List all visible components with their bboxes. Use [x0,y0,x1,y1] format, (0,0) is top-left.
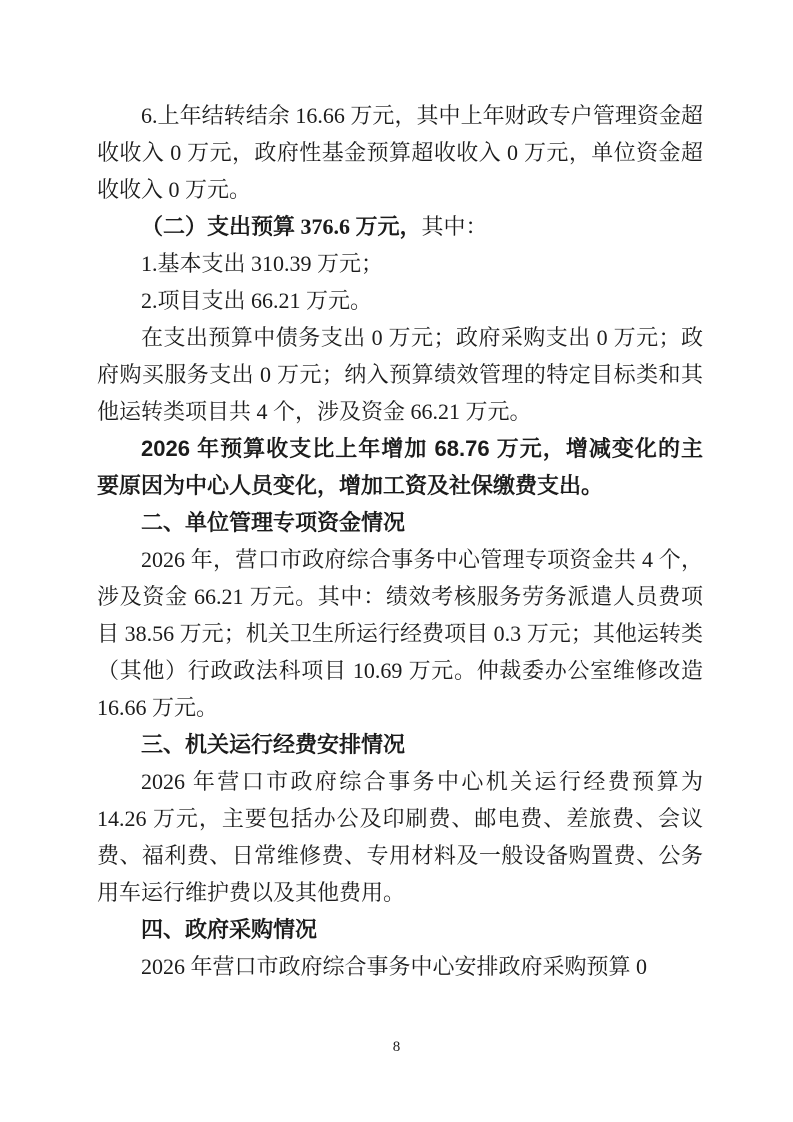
paragraph-special-funds: 2026 年，营口市政府综合事务中心管理专项资金共 4 个，涉及资金 66.21… [97,541,703,726]
document-body: 6.上年结转结余 16.66 万元，其中上年财政专户管理资金超收收入 0 万元，… [97,97,703,985]
section-heading-procurement: 四、政府采购情况 [97,911,703,948]
section-heading-operating-funds: 三、机关运行经费安排情况 [97,726,703,763]
page-footer: 8 [0,1038,793,1056]
section-heading-special-funds: 二、单位管理专项资金情况 [97,504,703,541]
document-page: 6.上年结转结余 16.66 万元，其中上年财政专户管理资金超收收入 0 万元，… [0,0,793,1122]
paragraph-expenditure-detail: 在支出预算中债务支出 0 万元；政府采购支出 0 万元；政府购买服务支出 0 万… [97,319,703,430]
page-number: 8 [393,1039,401,1055]
list-item-project-expenditure: 2.项目支出 66.21 万元。 [97,282,703,319]
expenditure-budget-bold-text: （二）支出预算 376.6 万元， [141,214,422,239]
paragraph-change-reason: 2026 年预算收支比上年增加 68.76 万元，增减变化的主要原因为中心人员变… [97,430,703,504]
paragraph-procurement: 2026 年营口市政府综合事务中心安排政府采购预算 0 [97,948,703,985]
paragraph-carryover-balance: 6.上年结转结余 16.66 万元，其中上年财政专户管理资金超收收入 0 万元，… [97,97,703,208]
paragraph-expenditure-budget: （二）支出预算 376.6 万元，其中： [97,208,703,245]
paragraph-operating-funds: 2026 年营口市政府综合事务中心机关运行经费预算为 14.26 万元，主要包括… [97,763,703,911]
expenditure-budget-rest-text: 其中： [422,214,488,239]
list-item-basic-expenditure: 1.基本支出 310.39 万元； [97,245,703,282]
